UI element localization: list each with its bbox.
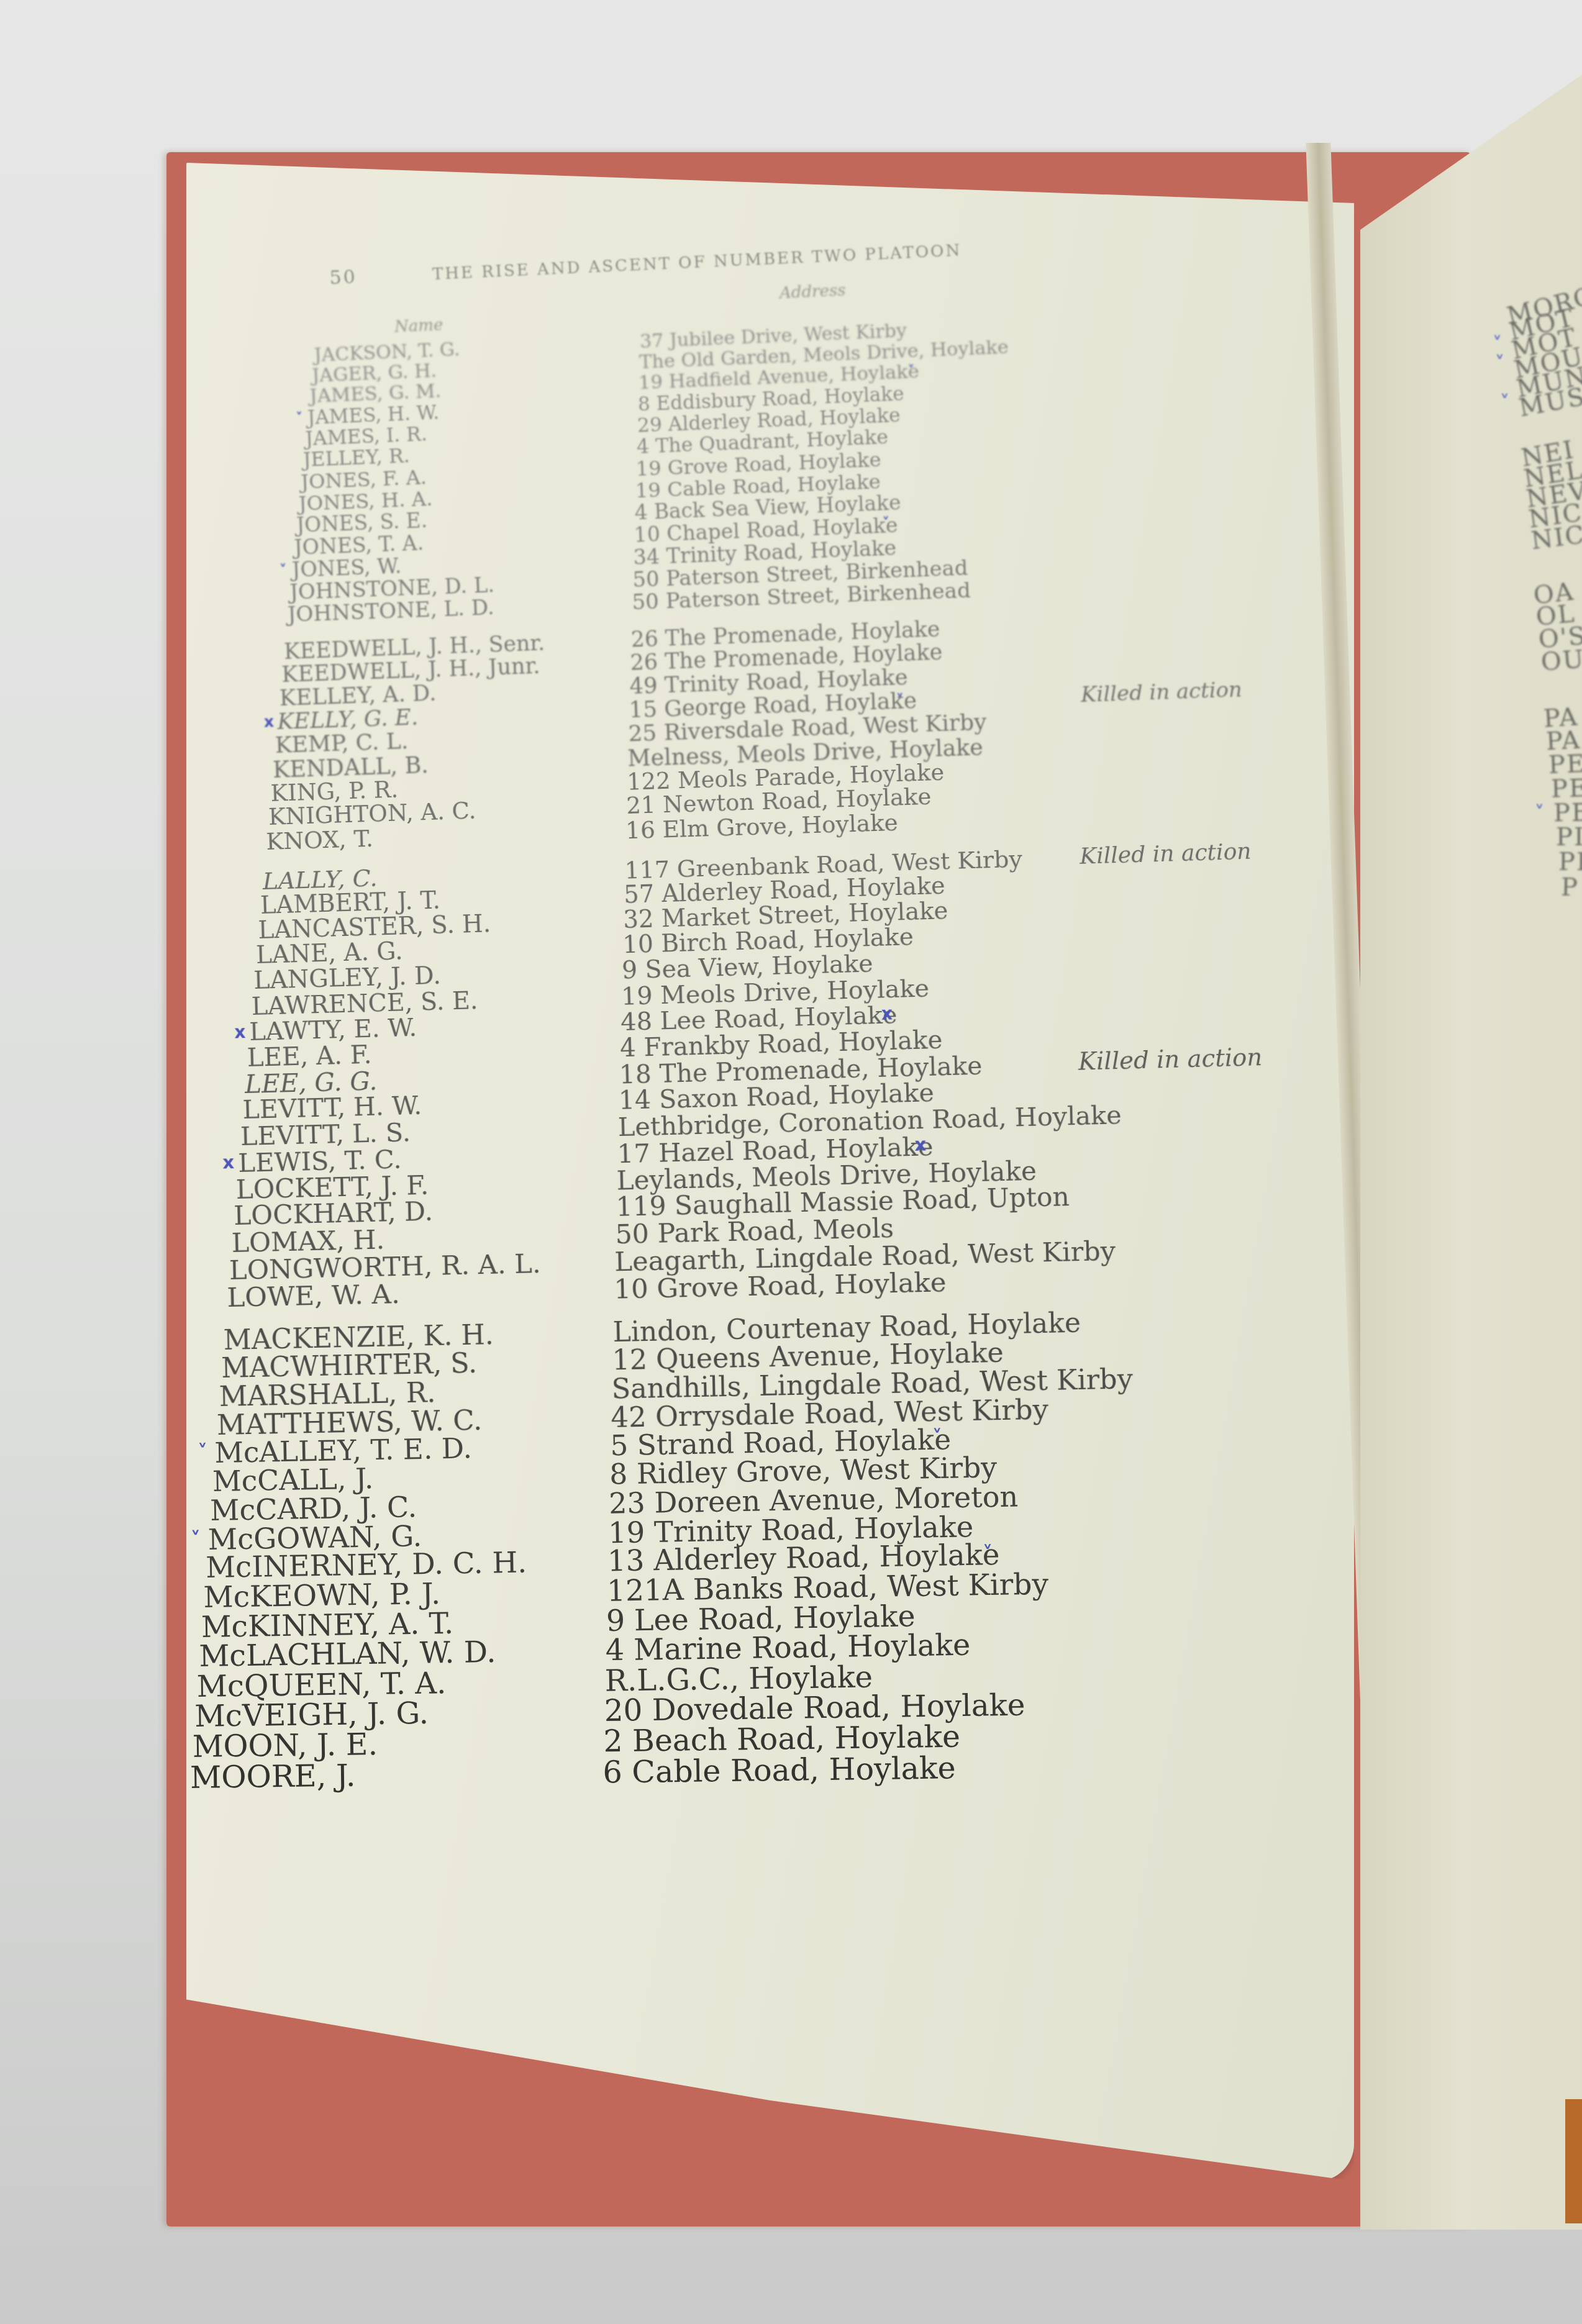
member-address: 10 Grove Road, Hoylake	[614, 1267, 947, 1305]
member-name: MOORE, J.	[190, 1758, 356, 1795]
page-content: 50 THE RISE AND ASCENT OF NUMBER TWO PLA…	[0, 0, 1582, 2324]
pen-cross-icon: x	[881, 1003, 893, 1024]
page-number: 50	[329, 266, 358, 289]
pen-tick-icon: ˅	[932, 1426, 943, 1448]
pen-tick-icon: ˅	[1500, 392, 1509, 414]
pen-tick-icon: ˅	[1495, 353, 1504, 374]
facing-page-line: PI	[1558, 848, 1582, 877]
member-name: KNOX, T.	[266, 825, 374, 855]
member-address: 6 Cable Road, Hoylake	[602, 1750, 956, 1790]
pen-cross-icon: x	[914, 1134, 927, 1155]
pen-tick-icon: ˅	[1535, 802, 1544, 824]
pen-tick-icon: ˅	[907, 363, 915, 379]
killed-in-action-note: Killed in action	[1078, 1043, 1263, 1076]
pen-tick-icon: ˅	[983, 1541, 993, 1565]
member-name: LOWE, W. A.	[227, 1279, 400, 1314]
facing-page-line: P	[1560, 873, 1579, 902]
running-head: 50 THE RISE AND ASCENT OF NUMBER TWO PLA…	[329, 229, 1168, 289]
pen-tick-icon: ˅	[1493, 334, 1502, 355]
pen-tick-icon: ˅	[882, 515, 890, 532]
killed-in-action-note: Killed in action	[1080, 838, 1252, 869]
pen-cross-icon: x	[234, 1022, 246, 1042]
pen-tick-icon: ˅	[896, 691, 904, 709]
name-column-header: Name	[394, 315, 443, 336]
pen-cross-icon: x	[222, 1152, 235, 1173]
pen-tick-icon: ˅	[296, 410, 303, 425]
address-column-header: Address	[779, 281, 846, 303]
facing-page-line: OU	[1540, 645, 1582, 676]
pen-tick-icon: ˅	[279, 561, 287, 578]
running-head-title: THE RISE AND ASCENT OF NUMBER TWO PLATOO…	[432, 241, 961, 284]
pen-tick-icon: ˅	[198, 1441, 208, 1463]
killed-in-action-note: Killed in action	[1081, 677, 1243, 707]
pen-tick-icon: ˅	[191, 1527, 201, 1551]
pen-cross-icon: x	[263, 712, 274, 731]
